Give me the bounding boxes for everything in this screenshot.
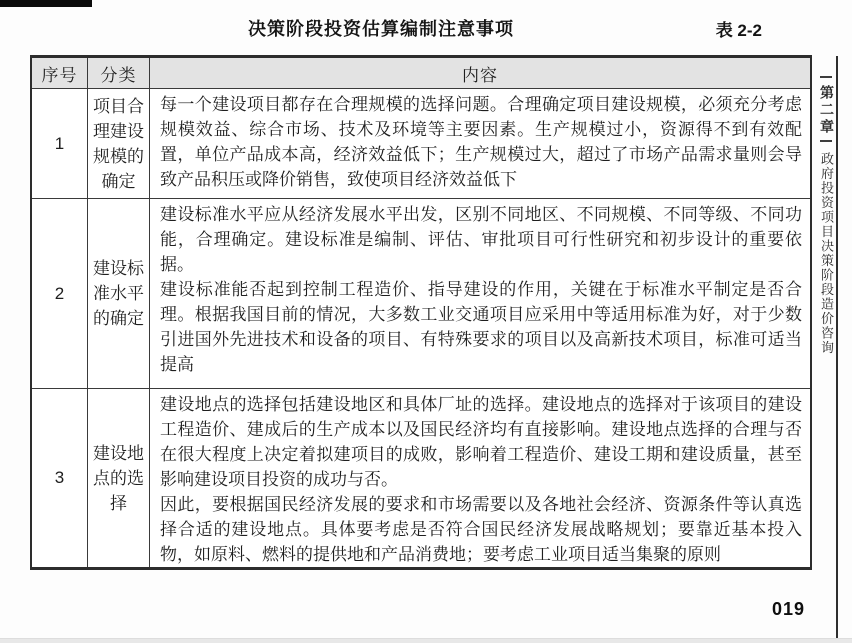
table-row-2-category: 建设标准水平的确定 [87,198,149,388]
table-row-3-paragraph-1: 建设地点的选择包括建设地区和具体厂址的选择。建设地点的选择对于该项目的建设工程造… [160,392,802,492]
table-row-1-paragraph-1: 每一个建设项目都存在合理规模的选择问题。合理确定项目建设规模，必须充分考虑规模效… [160,92,802,192]
page-number: 019 [772,599,805,620]
sidebar-chapter-title: 政府投资项目决策阶段造价咨询 [817,152,836,355]
table-row-3-content: 建设地点的选择包括建设地区和具体厂址的选择。建设地点的选择对于该项目的建设工程造… [149,388,810,567]
table-row-2-paragraph-1: 建设标准水平应从经济发展水平出发，区别不同地区、不同规模、不同等级、不同功能，合… [160,202,802,277]
table-number-label: 表 2-2 [716,16,762,41]
table-row-3-no: 3 [32,388,87,567]
table-row-2-paragraph-2: 建设标准能否起到控制工程造价、指导建设的作用，关键在于标准水平制定是否合理。根据… [160,277,802,377]
scan-bottom-edge [0,638,852,643]
table-row-1-category: 项目合理建设规模的确定 [87,88,149,198]
table-row-2-no: 2 [32,198,87,388]
table-header-no: 序号 [32,58,87,88]
scanned-book-page: 决策阶段投资估算编制注意事项 表 2-2 序号 分类 内容 1 项目合理建设规模… [0,0,852,643]
table-header-content: 内容 [149,58,810,88]
page-title: 决策阶段投资估算编制注意事项 [30,15,732,41]
table-row-2-content: 建设标准水平应从经济发展水平出发，区别不同地区、不同规模、不同等级、不同功能，合… [149,198,810,388]
sidebar-chapter-label: 第二章 [817,85,837,136]
table-row-1-no: 1 [32,88,87,198]
right-margin-rule [836,56,838,643]
sidebar-dash-bottom [820,140,832,142]
notes-table: 序号 分类 内容 1 项目合理建设规模的确定 每一个建设项目都存在合理规模的选择… [30,55,812,570]
table-header-category: 分类 [87,58,149,88]
title-row: 决策阶段投资估算编制注意事项 表 2-2 [30,15,812,43]
sidebar-dash-top [820,76,832,78]
table-row-3-paragraph-2: 因此，要根据国民经济发展的要求和市场需要以及各地社会经济、资源条件等认真选择合适… [160,492,802,567]
table-row-3-category: 建设地点的选择 [87,388,149,567]
scan-artifact-bar [0,0,92,7]
table-row-1-content: 每一个建设项目都存在合理规模的选择问题。合理确定项目建设规模，必须充分考虑规模效… [149,88,810,198]
